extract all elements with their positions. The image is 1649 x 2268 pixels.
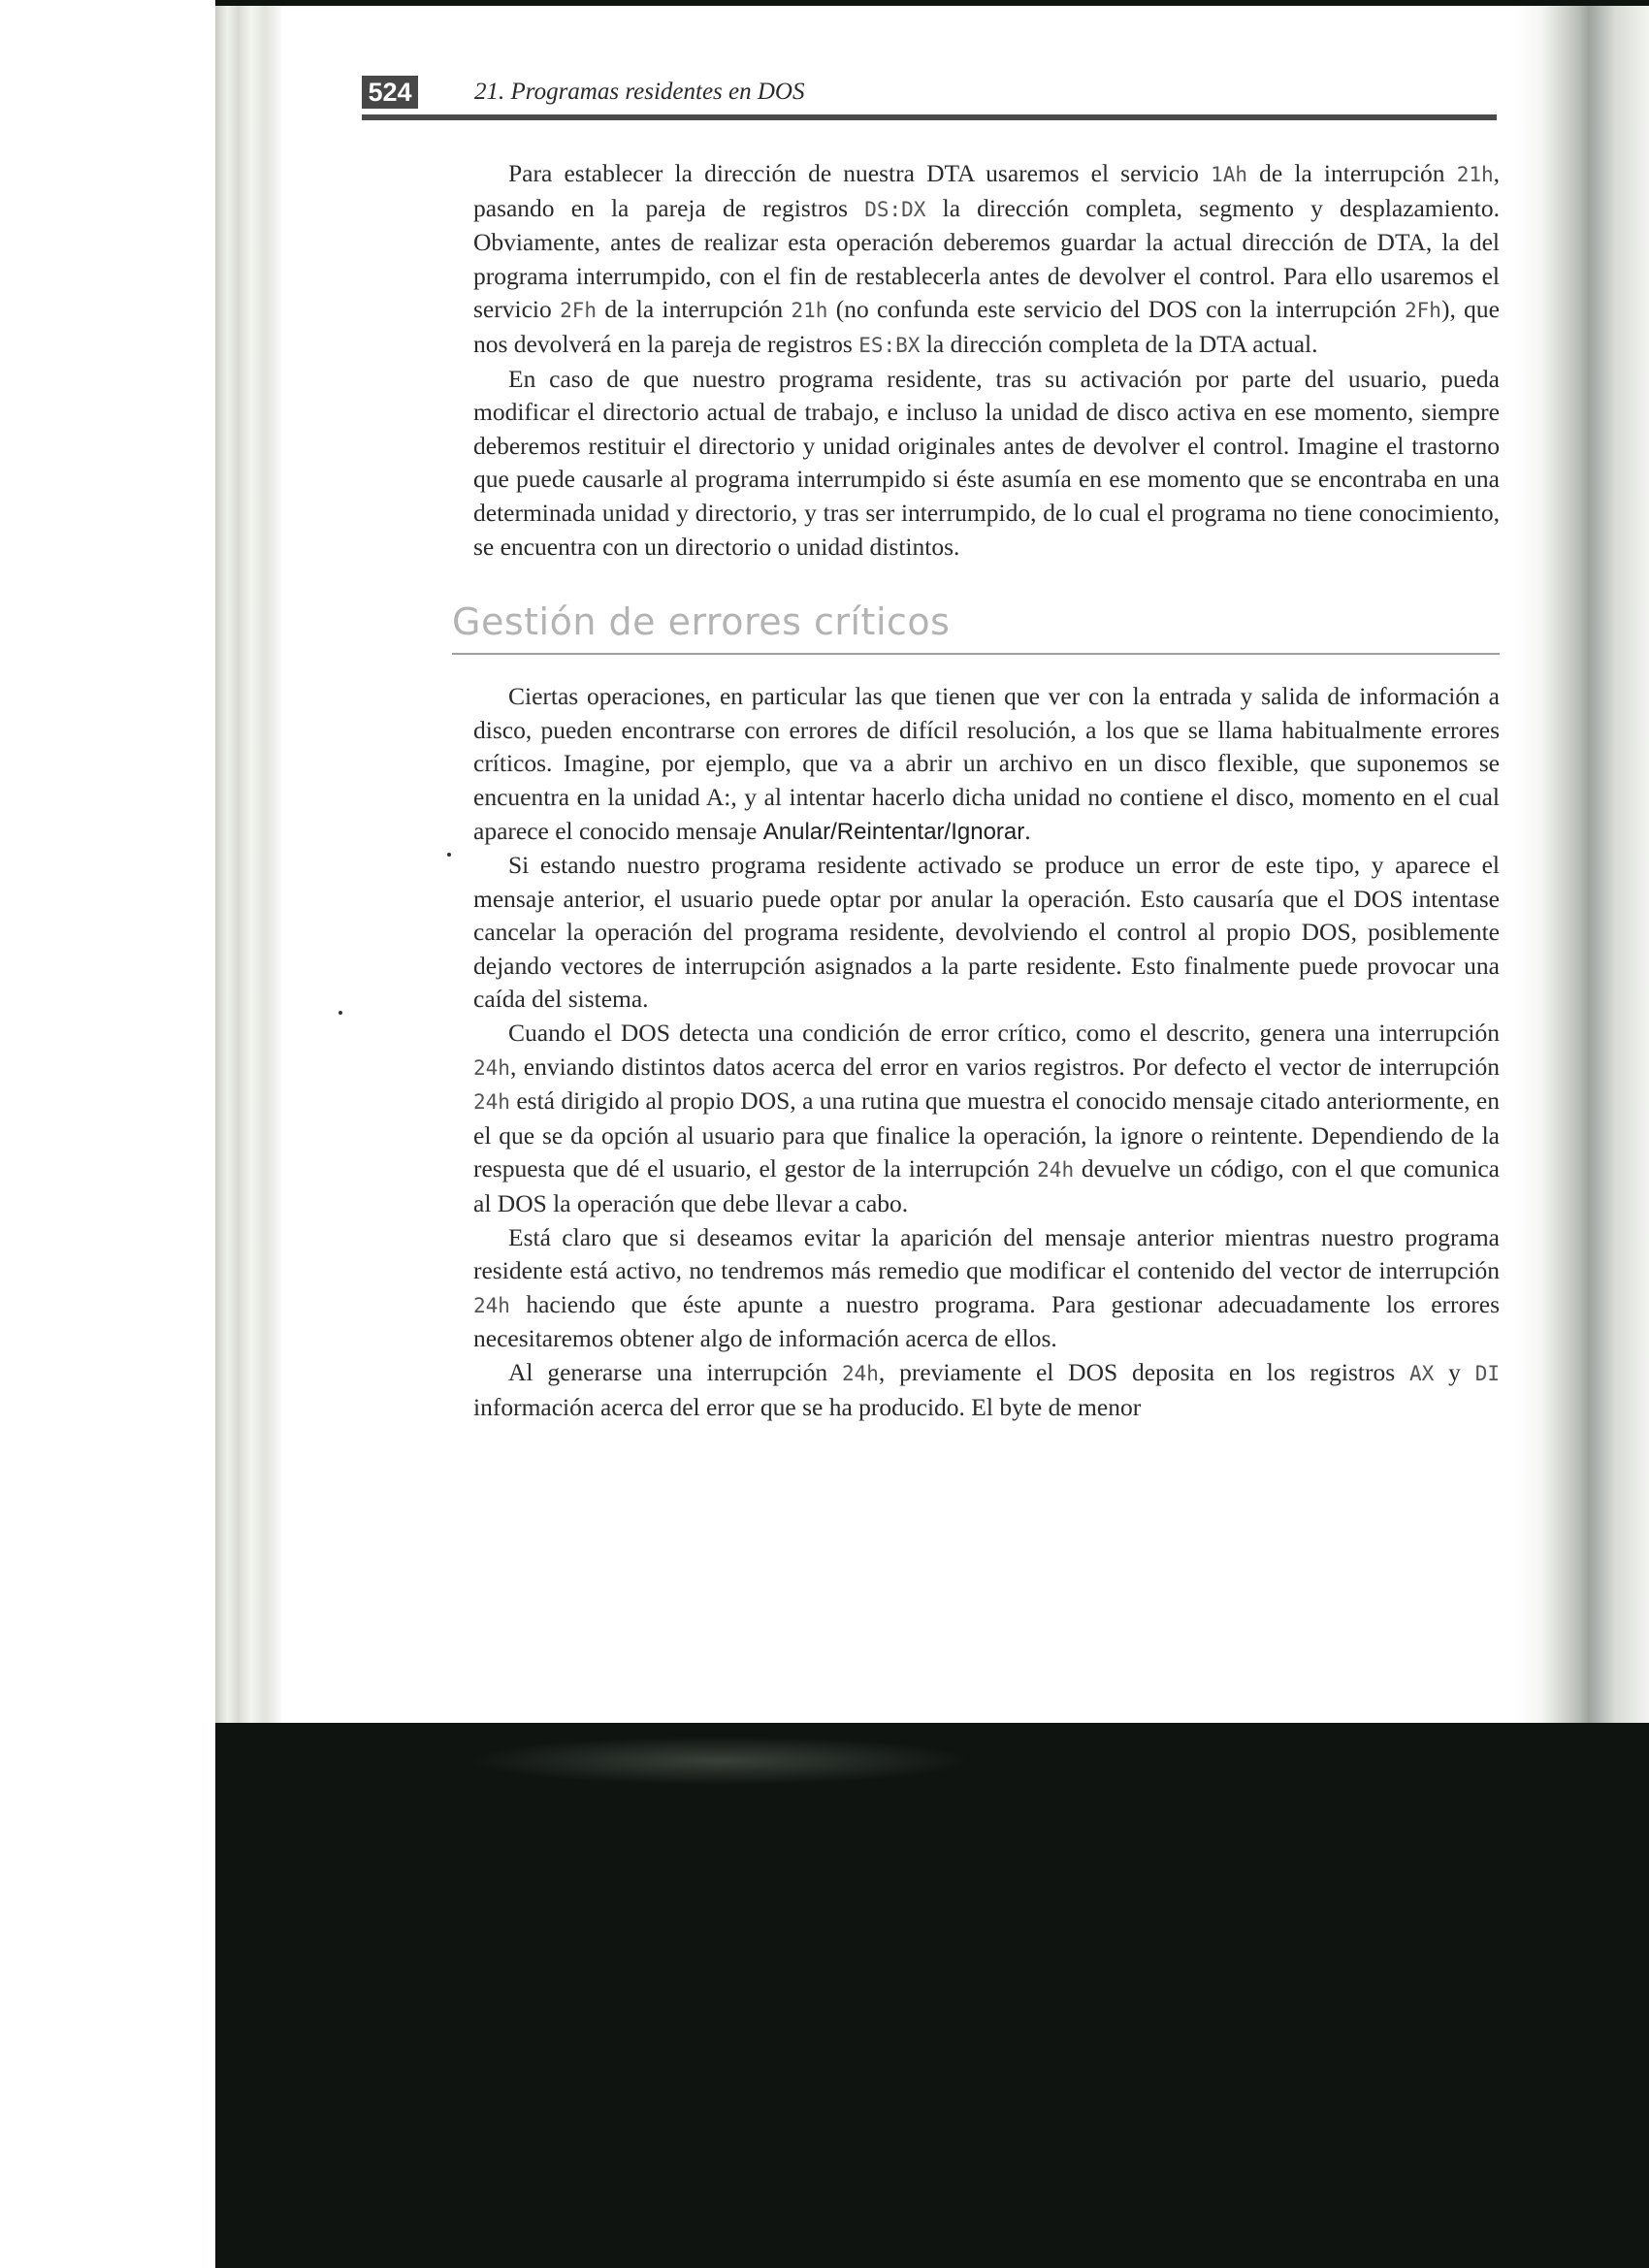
code-inline: 24h: [473, 1090, 510, 1114]
code-inline: 24h: [842, 1362, 879, 1385]
paragraph: En caso de que nuestro programa resident…: [473, 363, 1500, 565]
code-inline: 24h: [473, 1056, 510, 1080]
code-inline: 24h: [473, 1294, 510, 1317]
code-inline: ES:BX: [858, 334, 920, 357]
scan-reflection: [468, 1736, 972, 1785]
running-header: 524 21. Programas residentes en DOS: [362, 76, 1497, 122]
book-gutter-shadow: [1515, 6, 1649, 1723]
code-inline: DI: [1475, 1362, 1500, 1385]
code-inline: 24h: [1037, 1158, 1074, 1182]
paragraph: Ciertas operaciones, en particular las q…: [473, 680, 1500, 849]
section-heading: Gestión de errores críticos: [452, 597, 1500, 655]
page-edge-left: [215, 6, 281, 1723]
header-rule: [362, 114, 1497, 120]
code-inline: 21h: [791, 299, 827, 322]
code-inline: AX: [1409, 1362, 1434, 1385]
code-inline: 21h: [1457, 163, 1494, 186]
paragraph: Si estando nuestro programa residente ac…: [473, 849, 1500, 1017]
scan-speck: [339, 1011, 342, 1015]
code-inline: 2Fh: [1405, 299, 1441, 322]
paragraph: Cuando el DOS detecta una condición de e…: [473, 1017, 1500, 1221]
body-text: Para establecer la dirección de nuestra …: [473, 157, 1500, 1424]
code-inline: DS:DX: [864, 198, 925, 221]
paragraph: Para establecer la dirección de nuestra …: [473, 157, 1500, 363]
paragraph: Al generarse una interrupción 24h, previ…: [473, 1356, 1500, 1424]
page-number-badge: 524: [362, 76, 418, 109]
scan-margin-left: [0, 0, 215, 2268]
dos-message: Anular/Reintentar/Ignorar: [763, 819, 1024, 845]
scan-speck: [447, 853, 451, 857]
code-inline: 2Fh: [560, 299, 597, 322]
code-inline: 1Ah: [1211, 163, 1247, 186]
running-title: 21. Programas residentes en DOS: [474, 76, 804, 109]
paragraph: Está claro que si deseamos evitar la apa…: [473, 1221, 1500, 1356]
